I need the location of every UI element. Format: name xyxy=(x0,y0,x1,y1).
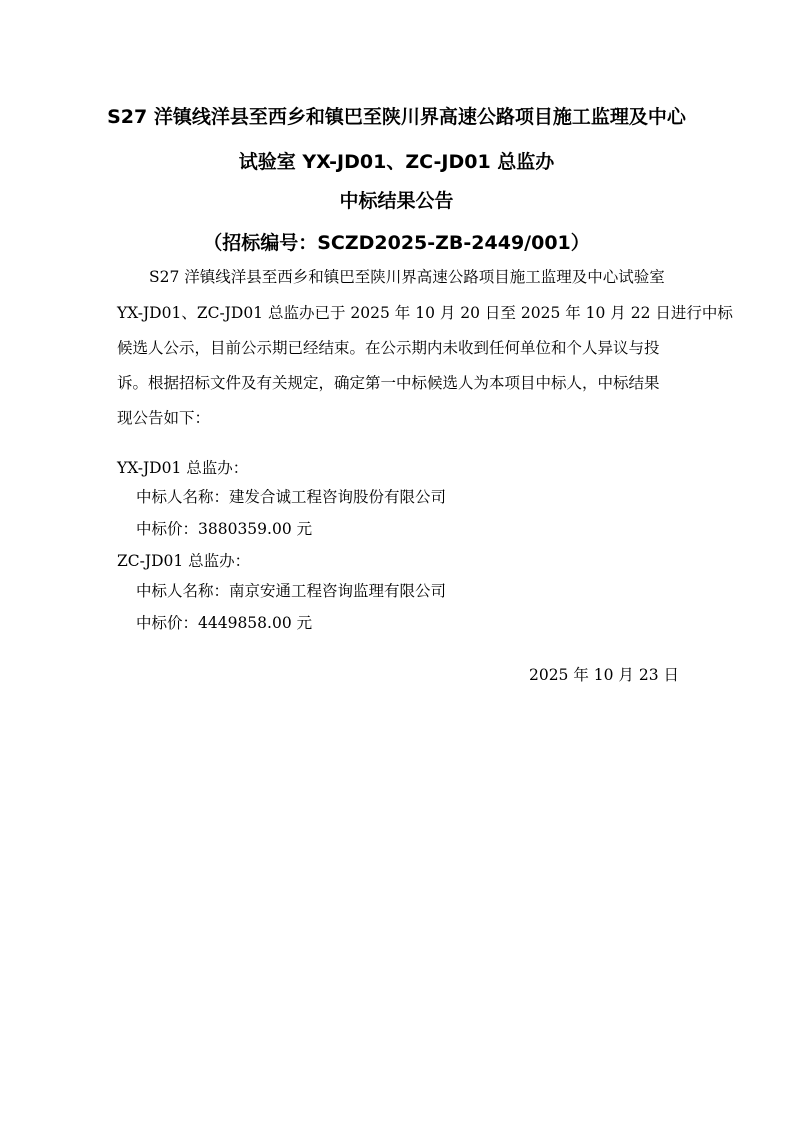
intro-paragraph-line-1: S27 洋镇线洋县至西乡和镇巴至陕川界高速公路项目施工监理及中心试验室 xyxy=(149,266,719,288)
announcement-date: 2025 年 10 月 23 日 xyxy=(529,664,679,686)
lot-1-heading: YX-JD01 总监办： xyxy=(117,457,687,479)
intro-paragraph-line-3: 候选人公示，目前公示期已经结束。在公示期内未收到任何单位和个人异议与投 xyxy=(117,337,687,359)
title-line-1: S27 洋镇线洋县至西乡和镇巴至陕川界高速公路项目施工监理及中心 xyxy=(0,105,793,129)
title-line-2: 试验室 YX-JD01、ZC-JD01 总监办 xyxy=(0,150,793,174)
intro-paragraph-line-4: 诉。根据招标文件及有关规定，确定第一中标候选人为本项目中标人，中标结果 xyxy=(117,372,687,394)
announcement-title: 中标结果公告 xyxy=(0,189,793,213)
intro-paragraph-line-5: 现公告如下： xyxy=(117,407,687,429)
tender-number: （招标编号：SCZD2025-ZB-2449/001） xyxy=(0,231,793,255)
document-page: S27 洋镇线洋县至西乡和镇巴至陕川界高速公路项目施工监理及中心 试验室 YX-… xyxy=(0,0,793,1122)
lot-2-heading: ZC-JD01 总监办： xyxy=(117,550,687,572)
lot-2-price: 中标价：4449858.00 元 xyxy=(136,612,706,634)
lot-2-winner: 中标人名称：南京安通工程咨询监理有限公司 xyxy=(136,580,706,602)
intro-paragraph-line-2: YX-JD01、ZC-JD01 总监办已于 2025 年 10 月 20 日至 … xyxy=(117,302,687,324)
lot-1-price: 中标价：3880359.00 元 xyxy=(136,518,706,540)
lot-1-winner: 中标人名称：建发合诚工程咨询股份有限公司 xyxy=(136,486,706,508)
